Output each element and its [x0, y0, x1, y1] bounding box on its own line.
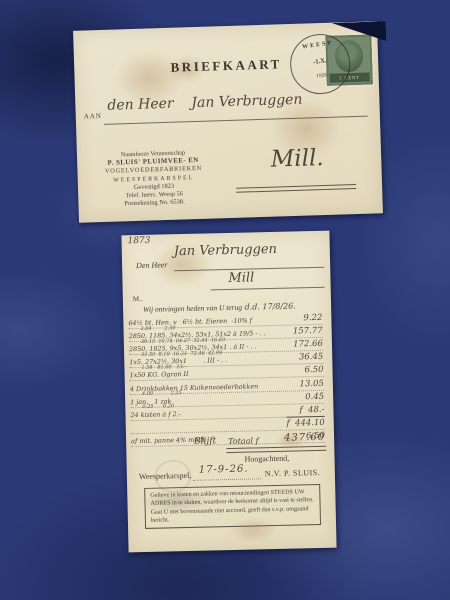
ledger-amount-handwriting: f 444.10: [286, 416, 325, 429]
destination-handwriting: Mill.: [237, 144, 358, 174]
rule-line: [211, 287, 325, 291]
ledger-sub-numbers-handwriting: 1.58 81.08 13.-: [141, 364, 186, 371]
total-double-underline: [226, 446, 326, 453]
top-postcard: BRIEFKAART 5 CENT WEESP -1.X. 1926 AAN d…: [73, 21, 383, 222]
hoogachtend-label: Hoogachtend,: [244, 454, 289, 464]
ledger-amount-handwriting: 6.50: [304, 365, 323, 375]
postmark-weesp: WEESP -1.X. 1926: [286, 30, 354, 98]
m-label: M..: [133, 295, 143, 303]
total-label-handwriting: Totaal f: [228, 436, 259, 446]
date-rule-line: [193, 478, 261, 481]
bottom-postcard: 1873 Den Heer Jan Verbruggen Mill M.. Wi…: [121, 231, 336, 553]
addressee-handwriting: Jan Verbruggen: [174, 242, 278, 259]
ledger-amount-handwriting: 9.22: [303, 313, 322, 323]
intro-date-handwriting: d.d. 17/8/26.: [242, 301, 296, 311]
reference-number-handwriting: 1873: [127, 236, 150, 247]
intro-printed: Wij ontvingen heden van U terug: [143, 303, 242, 314]
ledger-amount-handwriting: 13.05: [299, 378, 324, 389]
ledger-amount-handwriting: f 48.-: [299, 405, 324, 416]
den-heer-label: Den Heer: [136, 260, 168, 270]
postmark-town: WEESP: [289, 38, 347, 52]
postmark-year: 1926: [293, 69, 351, 83]
photo-of-postcards: BRIEFKAART 5 CENT WEESP -1.X. 1926 AAN d…: [0, 0, 450, 600]
sender-block: Naamlooze Vennootschap P. SLUIS' PLUIMVE…: [87, 148, 221, 210]
ledger-desc-handwriting: 24 kisten à f 2.-: [130, 410, 181, 419]
total-blijft-handwriting: Blijft: [194, 436, 216, 446]
ledger-sub-numbers-handwriting: 2.64 2.50: [140, 325, 175, 332]
signature-label: N.V. P. SLUIS.: [265, 468, 321, 478]
ledger-desc-handwriting: 1x50 KG. Ogran II: [130, 370, 189, 379]
ledger-amount-handwriting: 172.66: [293, 339, 323, 350]
ledger-amount-handwriting: 0.45: [305, 392, 324, 402]
ledger-sub-numbers-handwriting: 0.25 6.20: [142, 403, 174, 410]
aan-label: AAN: [84, 112, 102, 121]
ledger-sub-numbers-handwriting: 4.00 2.25: [142, 390, 182, 397]
ledger-amount-handwriting: 36.45: [299, 352, 324, 363]
place-handwriting: Mill: [228, 270, 254, 286]
postmark-date: -1.X.: [291, 54, 349, 69]
destination-double-underline: [236, 184, 356, 193]
ledger-rows: 64½ bt. Hen. v 6½ bt. Eieren -10% f 2.64…: [128, 312, 325, 447]
total-amount-handwriting: 437.60: [284, 432, 325, 444]
ledger-amount-handwriting: 157.77: [293, 326, 323, 337]
closing-date-handwriting: 17-9-26.: [199, 464, 249, 476]
